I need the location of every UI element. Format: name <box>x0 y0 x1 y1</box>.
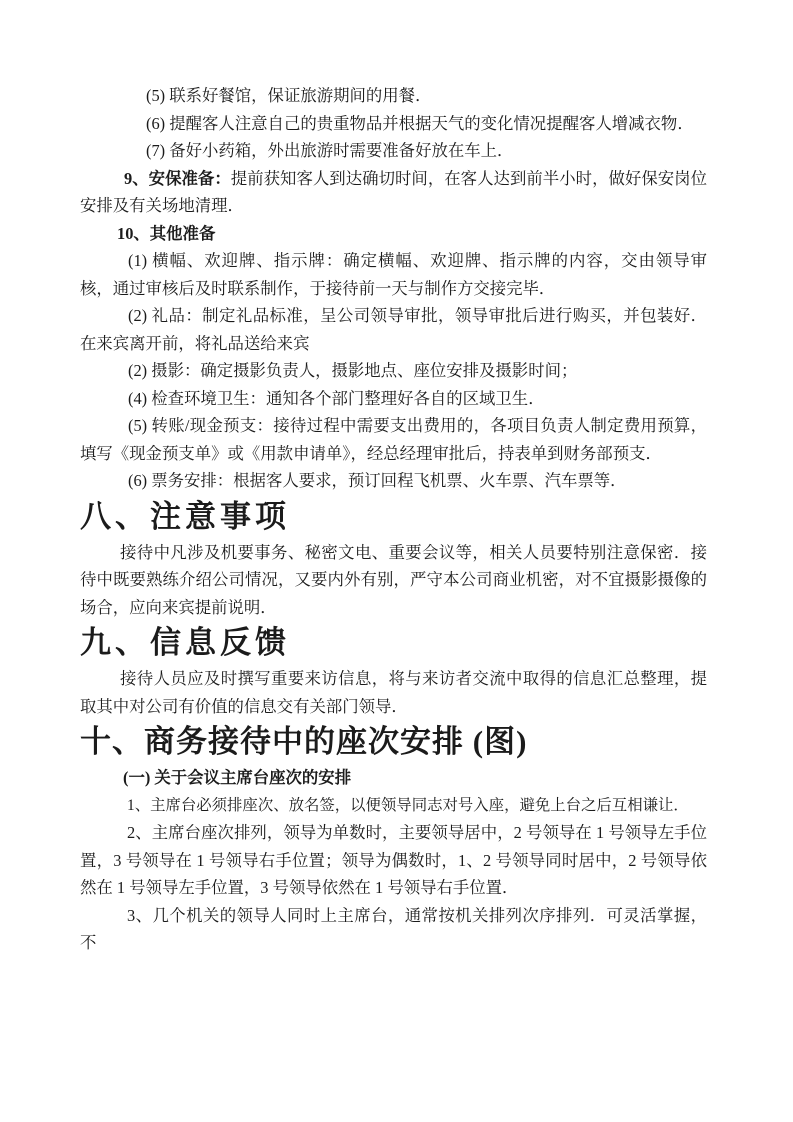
security-prep-lead: 9、安保准备： <box>124 169 231 188</box>
list-item-other-6: (6) 票务安排：根据客人要求，预订回程飞机票、火车票、汽车票等． <box>80 467 707 495</box>
section-heading-seating: 十、商务接待中的座次安排 (图) <box>80 720 707 764</box>
page-content: (5) 联系好餐馆，保证旅游期间的用餐． (6) 提醒客人注意自己的贵重物品并根… <box>80 82 707 957</box>
list-item-other-2: (2) 礼品：制定礼品标准，呈公司领导审批，领导审批后进行购买，并包装好．在来宾… <box>80 302 707 357</box>
paragraph-notes: 接待中凡涉及机要事务、秘密文电、重要会议等，相关人员要特别注意保密．接待中既要熟… <box>80 539 707 622</box>
paragraph-feedback: 接待人员应及时撰写重要来访信息，将与来访者交流中取得的信息汇总整理，提取其中对公… <box>80 665 707 720</box>
list-item-seating-2: 2、主席台座次排列，领导为单数时，主要领导居中，2 号领导在 1 号领导左手位置… <box>80 819 707 902</box>
list-item-other-1: (1) 横幅、欢迎牌、指示牌：确定横幅、欢迎牌、指示牌的内容，交由领导审核，通过… <box>80 247 707 302</box>
subheading-other-prep: 10、其他准备 <box>80 220 707 248</box>
list-item-travel-6: (6) 提醒客人注意自己的贵重物品并根据天气的变化情况提醒客人增减衣物． <box>80 110 707 138</box>
section-heading-feedback: 九、信息反馈 <box>80 621 707 665</box>
section-heading-notes: 八、注意事项 <box>80 495 707 539</box>
paragraph-security-prep: 9、安保准备：提前获知客人到达确切时间，在客人达到前半小时，做好保安岗位安排及有… <box>80 165 707 220</box>
list-item-travel-5: (5) 联系好餐馆，保证旅游期间的用餐． <box>80 82 707 110</box>
list-item-other-3: (2) 摄影：确定摄影负责人，摄影地点、座位安排及摄影时间； <box>80 357 707 385</box>
list-item-seating-1: 1、主席台必须排座次、放名签，以便领导同志对号入座，避免上台之后互相谦让． <box>80 792 707 820</box>
document-page: (5) 联系好餐馆，保证旅游期间的用餐． (6) 提醒客人注意自己的贵重物品并根… <box>0 0 793 1122</box>
list-item-other-4: (4) 检查环境卫生：通知各个部门整理好各自的区域卫生． <box>80 385 707 413</box>
subheading-seating-arrangement: (一) 关于会议主席台座次的安排 <box>80 764 707 792</box>
list-item-travel-7: (7) 备好小药箱，外出旅游时需要准备好放在车上． <box>80 137 707 165</box>
list-item-other-5: (5) 转账/现金预支：接待过程中需要支出费用的，各项目负责人制定费用预算，填写… <box>80 412 707 467</box>
list-item-seating-3: 3、几个机关的领导人同时上主席台，通常按机关排列次序排列．可灵活掌握，不 <box>80 902 707 957</box>
